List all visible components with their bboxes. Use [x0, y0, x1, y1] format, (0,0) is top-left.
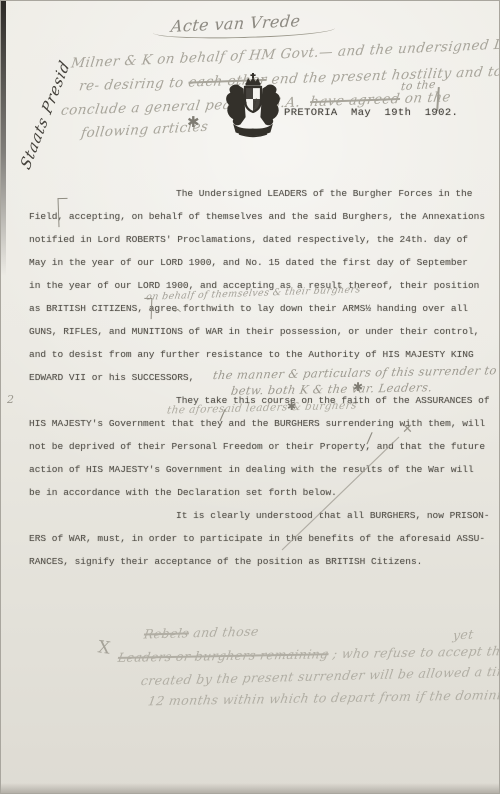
- pencil-x-mark-property: ✕: [402, 422, 413, 437]
- typed-line: notified in Lord ROBERTS' Proclamations,…: [29, 228, 497, 251]
- text-segment: action of HIS MAJESTY's Government in de…: [29, 464, 474, 475]
- margin-figure: 2: [7, 393, 14, 406]
- text-segment: not be deprived of their Personal Freedo…: [29, 441, 485, 452]
- pencil-note-line: Rebels and those: [143, 623, 260, 641]
- pencil-bracket-open: [57, 198, 68, 227]
- typed-line: not be deprived of their Personal Freedo…: [29, 435, 497, 458]
- text-segment: be in accordance with the Declaration se…: [29, 487, 337, 498]
- typed-line: ERS of WAR, must, in order to participat…: [29, 527, 497, 550]
- text-segment: The Undersigned LEADERS of the Burgher F…: [176, 188, 472, 199]
- typed-line: as BRITISH CITIZENS, agree forthwith to …: [29, 297, 497, 320]
- pencil-note-line: created by the present surrender will be…: [140, 663, 500, 688]
- text-segment: ; who refuse to accept the position: [327, 642, 500, 661]
- pencil-word-yet: yet: [452, 626, 475, 642]
- text-segment: May in the year of our LORD 1900, and No…: [29, 257, 468, 268]
- page-bottom-shadow: [1, 783, 499, 793]
- typed-line: Field, accepting, on behalf of themselve…: [29, 205, 497, 228]
- document-page: Staats Presid Acte van Vrede Milner & K …: [0, 0, 500, 794]
- text-segment: notified in Lord ROBERTS' Proclamations,…: [29, 234, 468, 245]
- text-segment: EDWARD VII or his SUCCESSORS,: [29, 372, 194, 383]
- text-segment: 12 months within which to depart from if…: [147, 687, 500, 709]
- caret-mark: ^: [173, 307, 183, 320]
- pencil-note-line: Leaders or burghers remaining ; who refu…: [117, 642, 500, 665]
- typed-line: action of HIS MAJESTY's Government in de…: [29, 458, 497, 481]
- typed-line: HIS MAJESTY's Government that they and t…: [29, 412, 497, 435]
- text-segment: HIS MAJESTY's Government that they and t…: [29, 418, 485, 429]
- text-segment: It is clearly understood that all BURGHE…: [176, 510, 490, 521]
- text-segment: end the present hostility and to: [266, 64, 500, 88]
- asterisk-mark-successors: ✱: [353, 380, 363, 394]
- text-segment: created by the present surrender will be…: [140, 663, 500, 688]
- struck-text: Leaders or burghers remaining: [117, 646, 330, 665]
- asterisk-mark-top: ✱: [187, 113, 200, 131]
- pencil-superscript-insert: to the: [400, 78, 436, 94]
- place-date-line: PRETORIA May 19th 1902.: [284, 107, 458, 119]
- pencil-note-line: 12 months within which to depart from if…: [147, 687, 500, 709]
- royal-coat-of-arms-icon: [222, 73, 284, 141]
- asterisk-mark-assurances: ✱: [287, 400, 296, 413]
- text-segment: and to desist from any further resistanc…: [29, 349, 474, 360]
- text-segment: ERS of WAR, must, in order to participat…: [29, 533, 485, 544]
- typed-line: The Undersigned LEADERS of the Burgher F…: [29, 182, 497, 205]
- typed-line: GUNS, RIFLES, and MUNITIONS of WAR in th…: [29, 320, 497, 343]
- text-segment: Field, accepting, on behalf of themselve…: [29, 211, 485, 222]
- text-segment: and those: [188, 623, 260, 640]
- typed-line: and to desist from any further resistanc…: [29, 343, 497, 366]
- text-segment: re- desiring to: [78, 75, 190, 95]
- struck-text: Rebels: [143, 625, 190, 641]
- text-segment: RANCES, signify their acceptance of the …: [29, 556, 422, 567]
- typed-line: be in accordance with the Declaration se…: [29, 481, 497, 504]
- text-segment: as BRITISH CITIZENS, agree forthwith to …: [29, 303, 468, 314]
- typed-line: May in the year of our LORD 1900, and No…: [29, 251, 497, 274]
- text-segment: GUNS, RIFLES, and MUNITIONS of WAR in th…: [29, 326, 479, 337]
- bottom-pencil-note: Rebels and thoseLeaders or burghers rema…: [96, 623, 496, 713]
- typed-line: RANCES, signify their acceptance of the …: [29, 550, 497, 573]
- typed-line: It is clearly understood that all BURGHE…: [29, 504, 497, 527]
